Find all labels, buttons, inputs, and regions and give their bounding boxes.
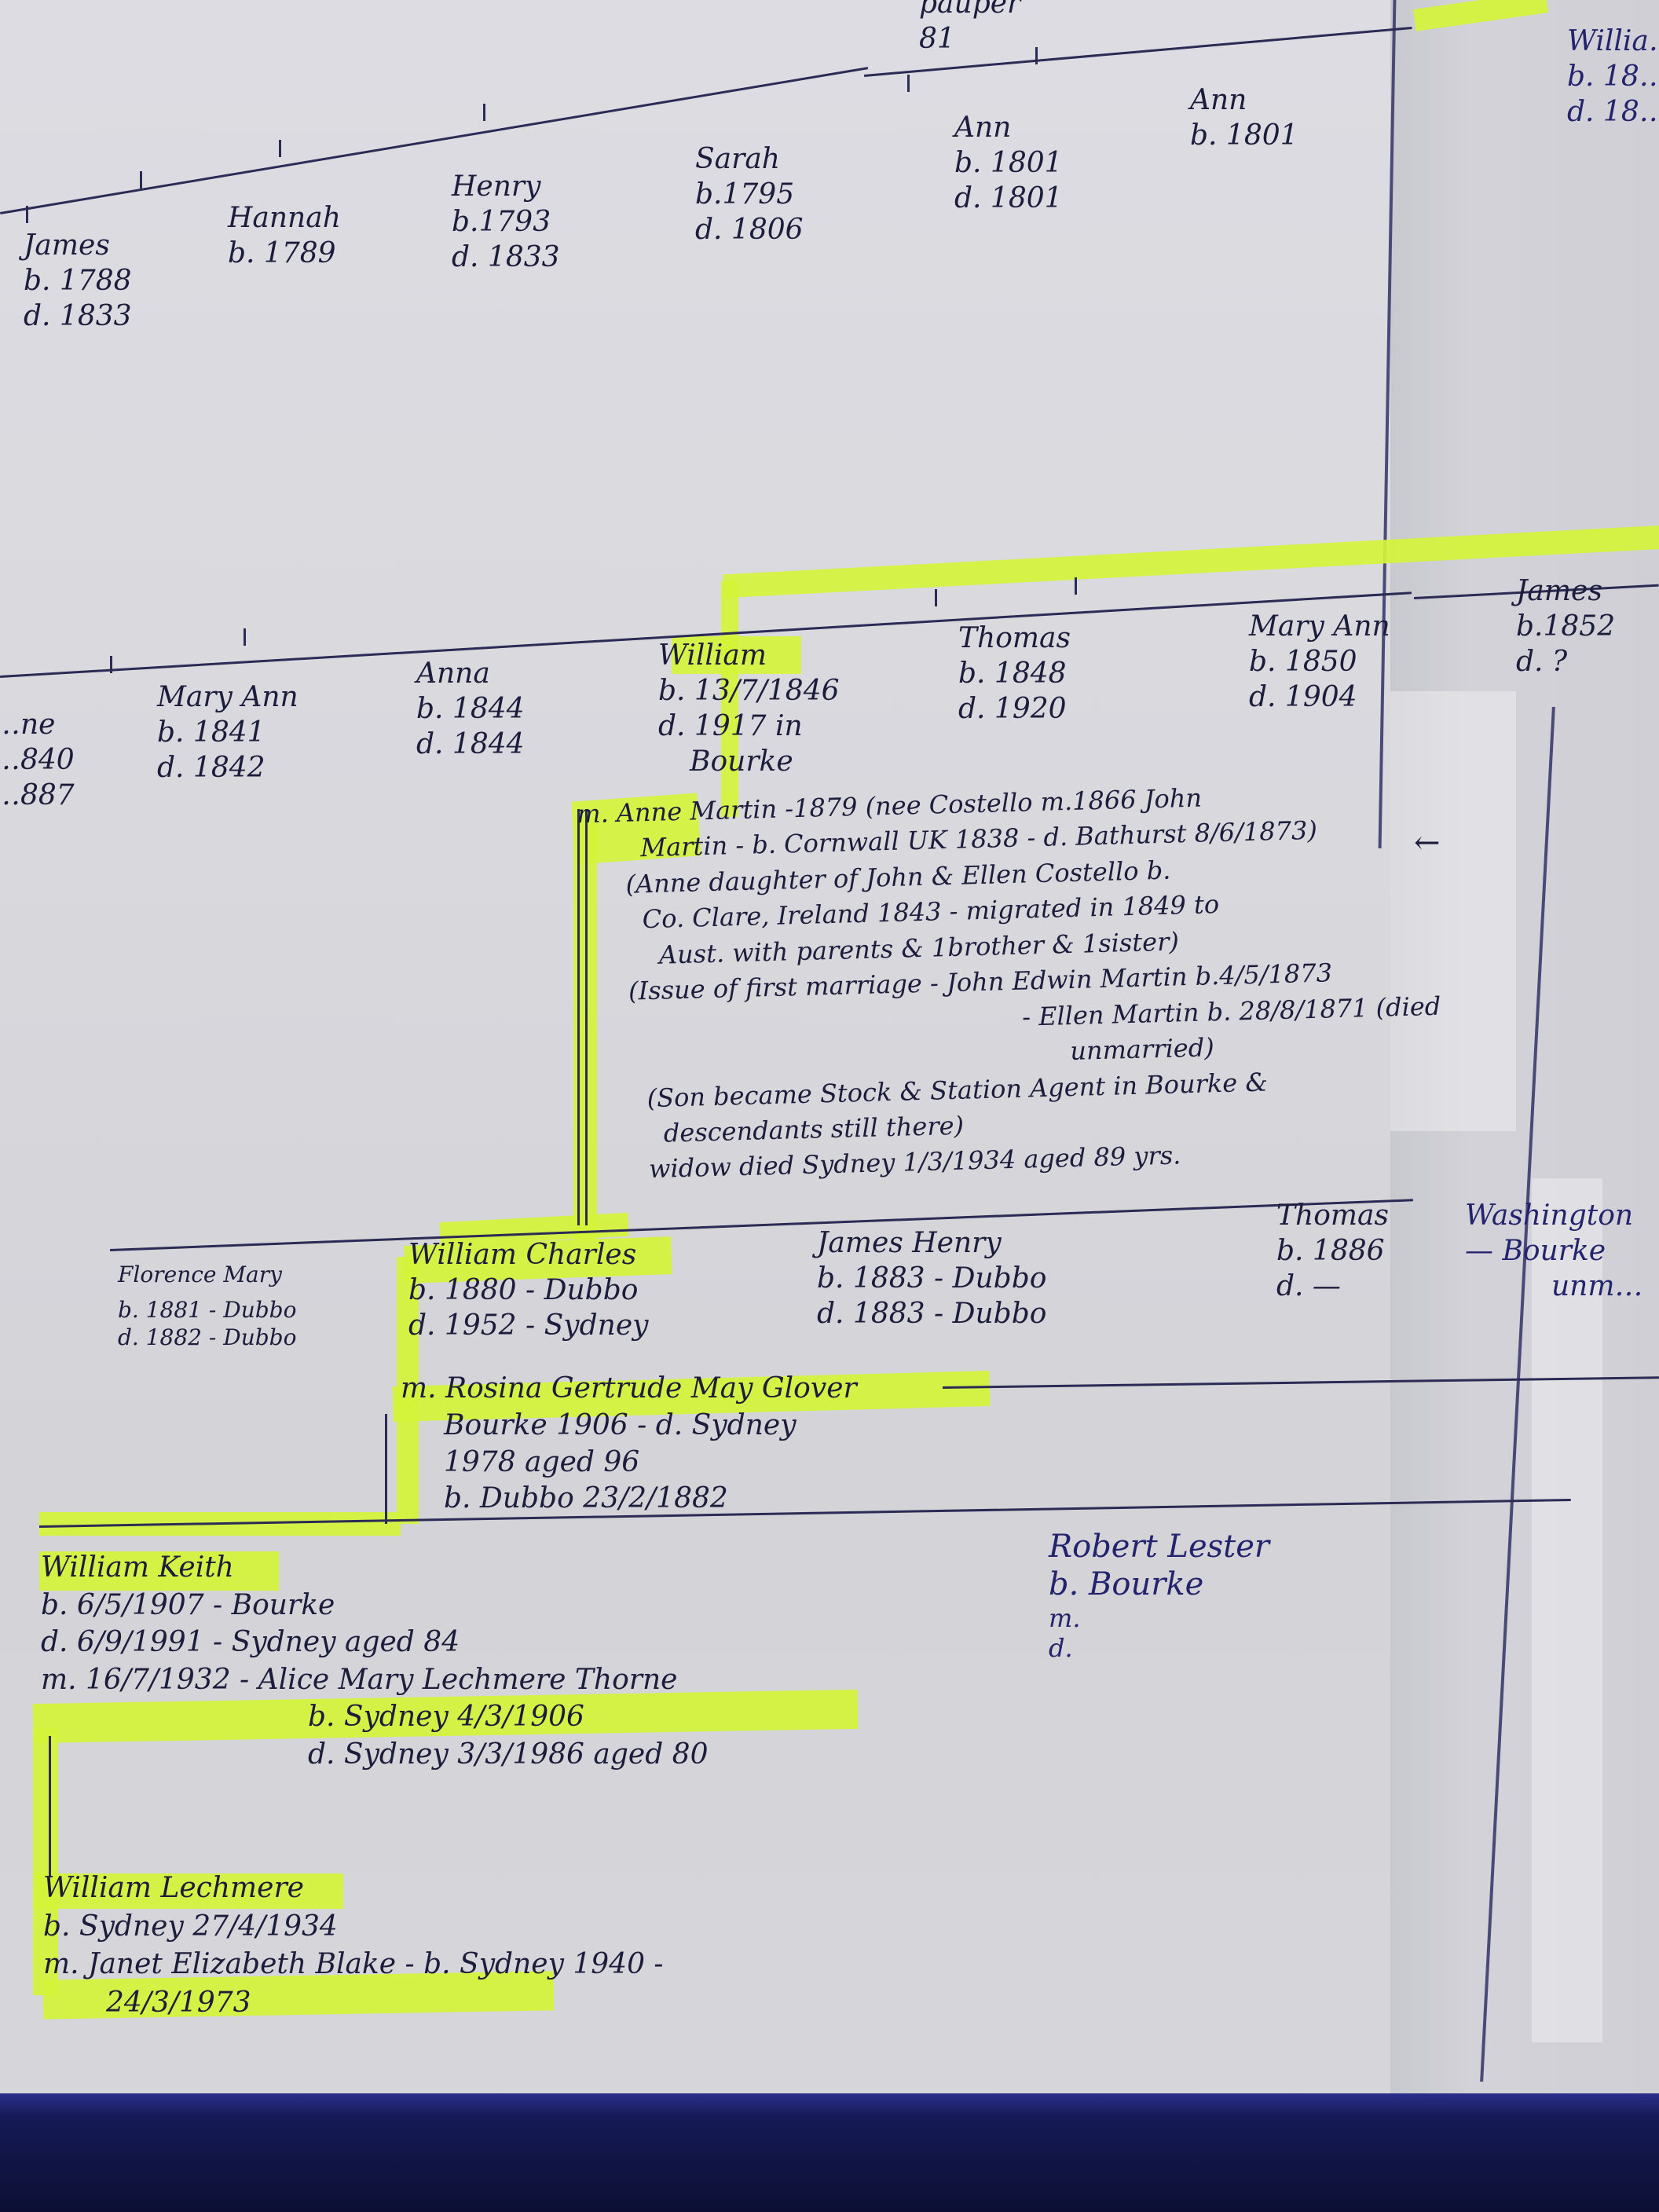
tree-tick xyxy=(483,104,485,121)
person-entry: Washington — Bourke unm… xyxy=(1465,1198,1643,1304)
person-entry-william-charles: William Charles b. 1880 - Dubbo d. 1952 … xyxy=(408,1237,648,1343)
person-entry: James Henry b. 1883 - Dubbo d. 1883 - Du… xyxy=(817,1225,1046,1331)
person-name: James Henry xyxy=(817,1225,1046,1261)
person-name: James xyxy=(24,228,132,263)
person-entry: Ann b. 1801 d. 1801 xyxy=(954,110,1063,216)
person-entry: Florence Mary b. 1881 - Dubbo d. 1882 - … xyxy=(118,1261,296,1351)
person-entry: Ann b. 1801 xyxy=(1190,82,1298,153)
person-entry: Thomas b. 1848 d. 1920 xyxy=(958,621,1071,727)
person-entry: Mary Ann b. 1850 d. 1904 xyxy=(1249,609,1390,715)
tree-tick xyxy=(907,75,910,92)
person-entry: Thomas b. 1886 d. — xyxy=(1276,1198,1389,1304)
person-entry: Willia… b. 18… d. 18… xyxy=(1567,24,1659,130)
person-name: James xyxy=(1516,573,1615,609)
person-name: Hannah xyxy=(228,200,341,236)
person-entry: James b.1852 d. ? xyxy=(1516,573,1615,679)
person-name: Willia… xyxy=(1567,24,1659,59)
person-entry: Henry b.1793 d. 1833 xyxy=(452,169,560,275)
person-entry-william-keith: William Keith b. 6/5/1907 - Bourke d. 6/… xyxy=(41,1549,708,1773)
tree-tick xyxy=(1035,47,1038,64)
descent-line xyxy=(385,1414,387,1524)
arrow-left-icon: ← xyxy=(1414,823,1441,862)
tree-tick xyxy=(935,589,937,606)
person-name: Robert Lester xyxy=(1049,1528,1269,1566)
tree-tick xyxy=(110,656,112,673)
person-name: Ann xyxy=(1190,82,1298,118)
marriage-notes: m. Rosina Gertrude May Glover Bourke 190… xyxy=(401,1371,857,1518)
person-name: Ann xyxy=(954,110,1063,145)
tree-tick xyxy=(26,206,28,223)
person-name: Mary Ann xyxy=(157,679,298,715)
person-name: Sarah xyxy=(695,141,804,177)
person-entry: Mary Ann b. 1841 d. 1842 xyxy=(157,679,298,786)
person-name: Mary Ann xyxy=(1249,609,1390,644)
person-entry: Anna b. 1844 d. 1844 xyxy=(416,656,525,762)
marriage-notes: m. Anne Martin -1879 (nee Costello m.186… xyxy=(577,775,1445,1189)
person-name: Anna xyxy=(416,656,525,691)
person-name: William Charles xyxy=(408,1237,648,1273)
tape-strip xyxy=(1532,1178,1602,2042)
person-entry: Robert Lester b. Bourke m. d. xyxy=(1049,1528,1269,1664)
person-name: Thomas xyxy=(1276,1198,1389,1233)
tree-tick xyxy=(1075,577,1077,595)
person-entry-william: William b. 13/7/1846 d. 1917 in Bourke xyxy=(658,638,840,779)
person-name: William xyxy=(658,638,840,673)
tree-tick xyxy=(244,628,246,646)
person-entry-william-lechmere: William Lechmere b. Sydney 27/4/1934 m. … xyxy=(43,1870,664,2022)
person-entry: Sarah b.1795 d. 1806 xyxy=(695,141,804,247)
partial-note: pauper 81 xyxy=(919,0,1020,57)
carpet-floor xyxy=(0,2093,1659,2212)
person-name: William Keith xyxy=(41,1549,708,1587)
person-name: Florence Mary xyxy=(118,1261,296,1288)
person-name: Washington xyxy=(1465,1198,1643,1233)
person-name: Henry xyxy=(452,169,560,204)
person-name: …ne xyxy=(0,707,75,742)
tree-tick xyxy=(140,171,142,189)
person-name: William Lechmere xyxy=(43,1870,664,1908)
person-entry: …ne …840 …887 xyxy=(0,707,75,813)
tree-tick xyxy=(279,140,281,157)
person-entry: Hannah b. 1789 xyxy=(228,200,341,271)
person-entry: James b. 1788 d. 1833 xyxy=(24,228,132,334)
person-name: Thomas xyxy=(958,621,1071,656)
